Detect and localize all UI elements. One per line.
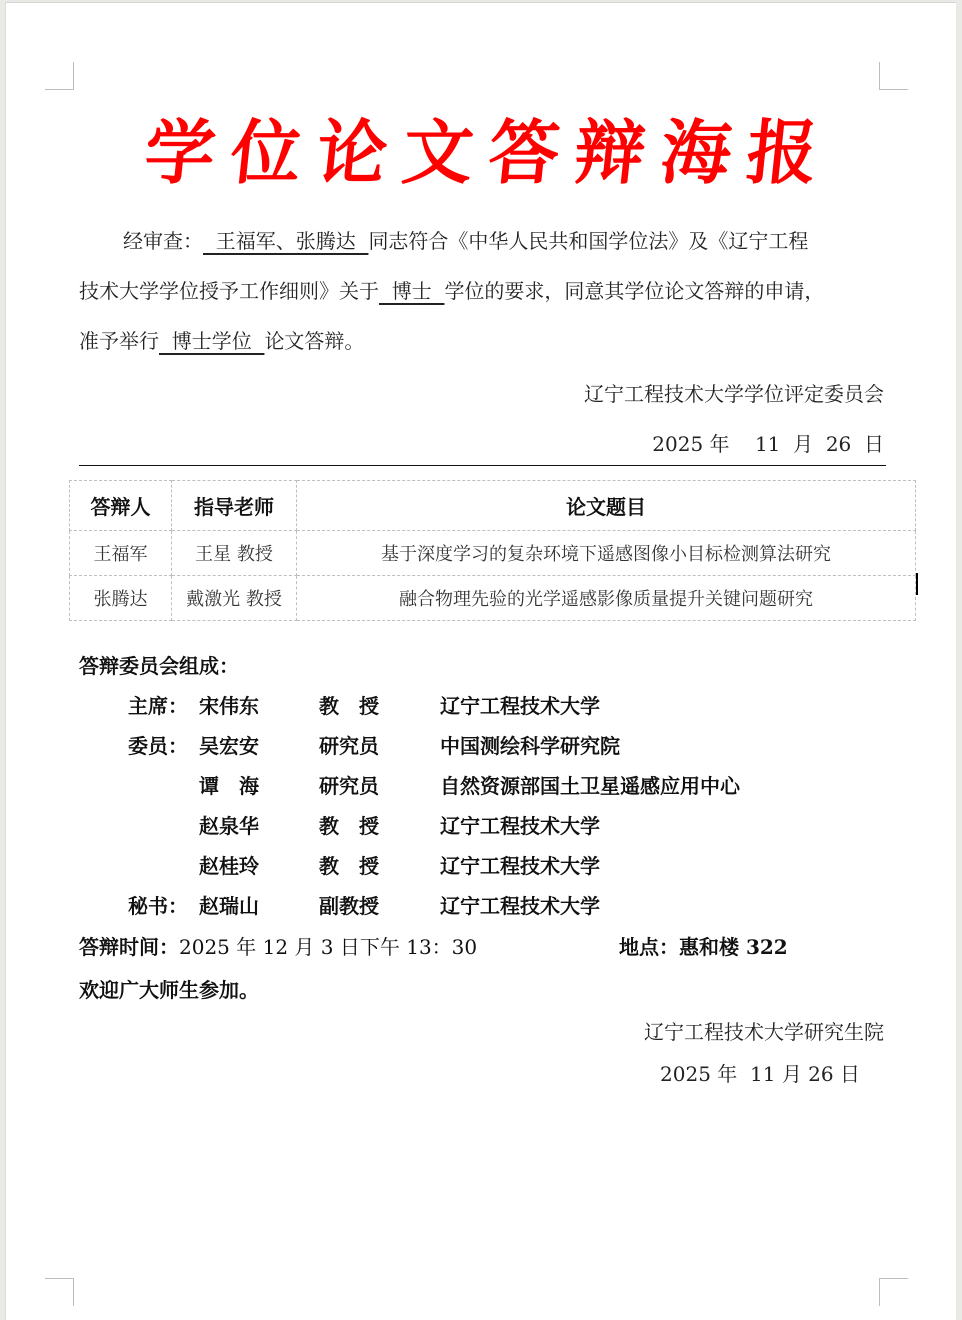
member-title: 研究员 <box>319 730 379 759</box>
welcome-text: 欢迎广大师生参加。 <box>79 974 259 1003</box>
defender-name: 张腾达 <box>70 576 172 621</box>
member-name: 吴宏安 <box>199 730 259 759</box>
intro-line-2: 技术大学学位授予工作细则》关于 博士 学位的要求，同意其学位论文答辩的申请， <box>79 266 887 316</box>
issuer: 辽宁工程技术大学学位评定委员会 <box>584 378 884 407</box>
time-label: 答辩时间： <box>79 935 179 959</box>
divider <box>79 465 886 466</box>
margin-corner-mark <box>45 1278 74 1306</box>
advisor-name: 王星 教授 <box>172 531 297 576</box>
table-row: 张腾达 戴激光 教授 融合物理先验的光学遥感影像质量提升关键问题研究 <box>70 576 916 621</box>
member-title: 教 授 <box>319 850 379 879</box>
committee-heading: 答辩委员会组成： <box>79 650 239 679</box>
thesis-title: 融合物理先验的光学遥感影像质量提升关键问题研究 <box>297 576 916 621</box>
footer-issuer: 辽宁工程技术大学研究生院 <box>644 1016 884 1045</box>
advisor-name: 戴激光 教授 <box>172 576 297 621</box>
member-name: 赵桂玲 <box>199 850 259 879</box>
table-header-row: 答辩人 指导老师 论文题目 <box>70 481 916 531</box>
student-names: 王福军、张腾达 <box>203 229 368 253</box>
intro-text: 准予举行 <box>79 329 159 353</box>
thesis-title: 基于深度学习的复杂环境下遥感图像小目标检测算法研究 <box>297 531 916 576</box>
member-name: 宋伟东 <box>199 690 259 719</box>
intro-text: 同志符合《中华人民共和国学位法》及《辽宁工程 <box>368 229 808 253</box>
member-org: 自然资源部国土卫星遥感应用中心 <box>440 770 740 799</box>
defender-name: 王福军 <box>70 531 172 576</box>
defense-place: 地点：惠和楼 322 <box>619 931 788 960</box>
poster-title: 学位论文答辩海报 <box>0 108 962 198</box>
member-title: 教 授 <box>319 810 379 839</box>
member-role: 主席： <box>128 690 198 719</box>
defense-time: 答辩时间：2025 年 12 月 3 日下午 13：30 <box>79 931 477 960</box>
time-value: 2025 年 12 月 3 日下午 13：30 <box>179 935 477 959</box>
member-title: 研究员 <box>319 770 379 799</box>
member-org: 辽宁工程技术大学 <box>440 810 600 839</box>
margin-corner-mark <box>879 62 908 90</box>
member-name: 谭 海 <box>199 770 259 799</box>
intro-text: 学位的要求，同意其学位论文答辩的申请， <box>444 279 824 303</box>
member-org: 辽宁工程技术大学 <box>440 890 600 919</box>
member-role: 秘书： <box>128 890 198 919</box>
member-org: 辽宁工程技术大学 <box>440 690 600 719</box>
header-advisor: 指导老师 <box>172 481 297 531</box>
member-name: 赵瑞山 <box>199 890 259 919</box>
header-thesis-title: 论文题目 <box>297 481 916 531</box>
degree-full: 博士学位 <box>159 329 264 353</box>
degree-type: 博士 <box>379 279 444 303</box>
intro-line-3: 准予举行 博士学位 论文答辩。 <box>79 316 887 366</box>
member-title: 副教授 <box>319 890 379 919</box>
margin-corner-mark <box>879 1278 908 1306</box>
intro-text: 技术大学学位授予工作细则》关于 <box>79 279 379 303</box>
footer-date: 2025 年 11 月 26 日 <box>660 1058 860 1087</box>
intro-label: 经审查： <box>123 229 203 253</box>
intro-line-1: 经审查： 王福军、张腾达 同志符合《中华人民共和国学位法》及《辽宁工程 <box>79 216 887 266</box>
text-cursor <box>916 573 918 595</box>
margin-corner-mark <box>45 62 74 90</box>
table-row: 王福军 王星 教授 基于深度学习的复杂环境下遥感图像小目标检测算法研究 <box>70 531 916 576</box>
header-defender: 答辩人 <box>70 481 172 531</box>
issue-date: 2025 年 11 月 26 日 <box>652 428 884 457</box>
member-org: 辽宁工程技术大学 <box>440 850 600 879</box>
intro-text: 论文答辩。 <box>264 329 364 353</box>
defense-table: 答辩人 指导老师 论文题目 王福军 王星 教授 基于深度学习的复杂环境下遥感图像… <box>69 480 916 621</box>
member-org: 中国测绘科学研究院 <box>440 730 620 759</box>
member-title: 教 授 <box>319 690 379 719</box>
member-role: 委员： <box>128 730 198 759</box>
member-name: 赵泉华 <box>199 810 259 839</box>
